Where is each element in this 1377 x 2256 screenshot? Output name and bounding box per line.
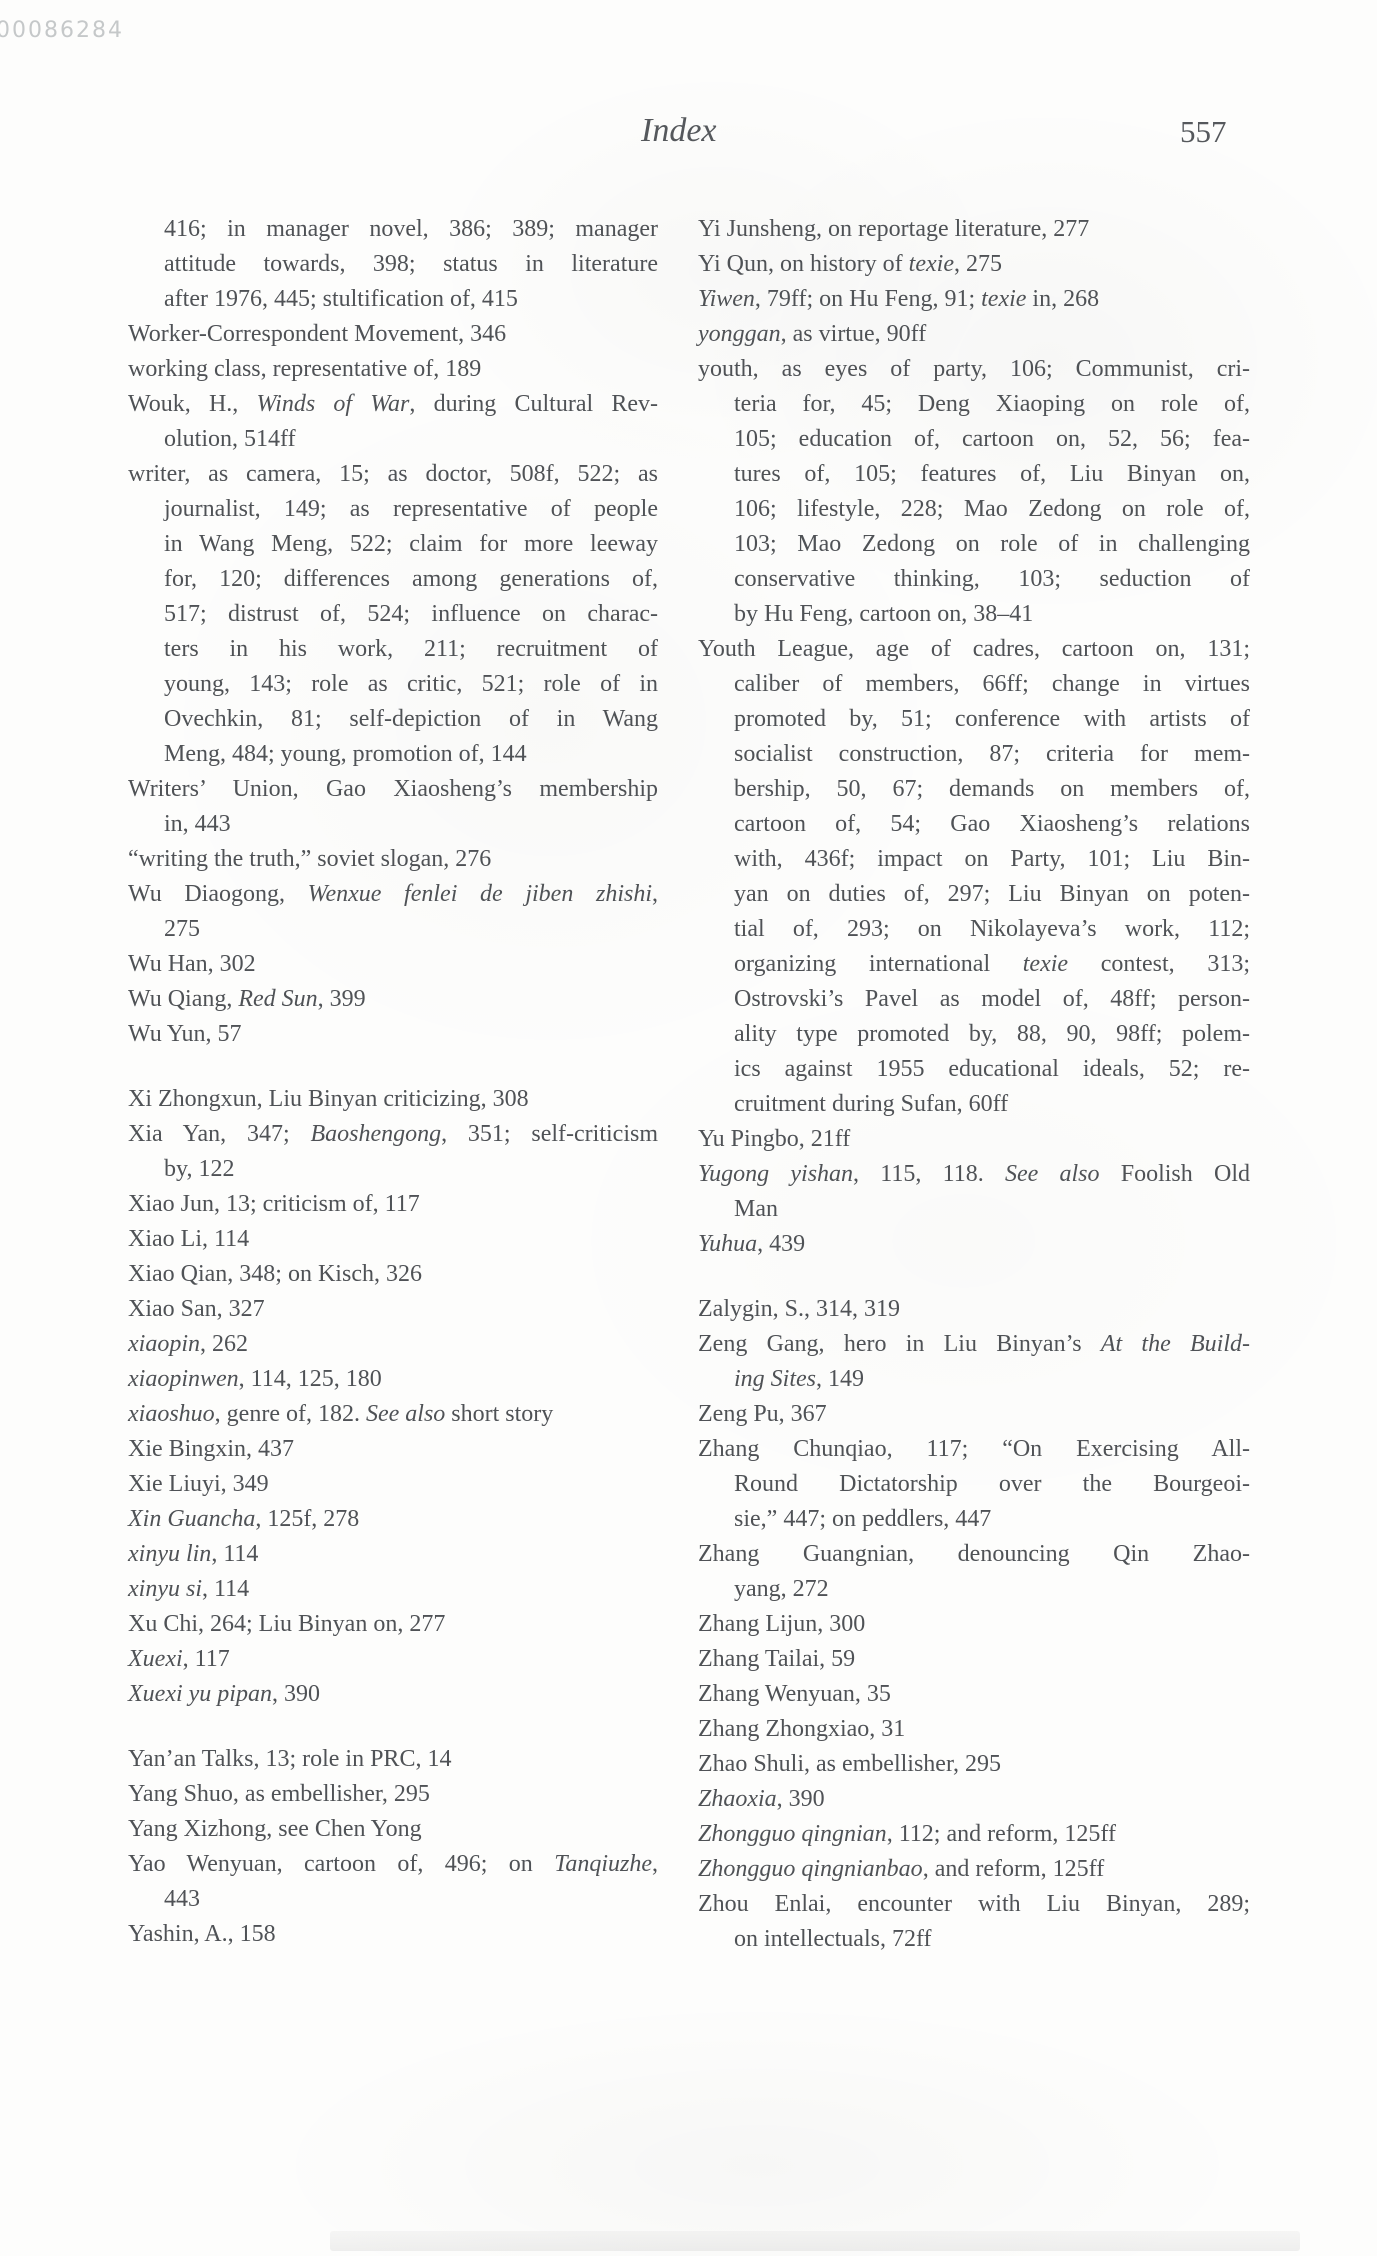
index-line: youth, as eyes of party, 106; Communist,… — [698, 352, 1250, 387]
index-line: Xiao San, 327 — [128, 1292, 658, 1327]
index-line: on intellectuals, 72ff — [698, 1922, 1250, 1957]
index-line: attitude towards, 398; status in literat… — [128, 247, 658, 282]
scanned-book-page: 00086284 Index 557 416; in manager novel… — [0, 0, 1377, 2256]
index-line: cruitment during Sufan, 60ff — [698, 1087, 1250, 1122]
index-line: Yi Junsheng, on reportage literature, 27… — [698, 212, 1250, 247]
index-line: Zhang Tailai, 59 — [698, 1642, 1250, 1677]
index-line: xiaoshuo, genre of, 182. See also short … — [128, 1397, 658, 1432]
index-line: Xiao Jun, 13; criticism of, 117 — [128, 1187, 658, 1222]
index-line: “writing the truth,” soviet slogan, 276 — [128, 842, 658, 877]
index-line: Zhou Enlai, encounter with Liu Binyan, 2… — [698, 1887, 1250, 1922]
index-line: yonggan, as virtue, 90ff — [698, 317, 1250, 352]
index-line: Wu Yun, 57 — [128, 1017, 658, 1052]
index-line: Writers’ Union, Gao Xiaosheng’s membersh… — [128, 772, 658, 807]
page-title: Index — [641, 112, 717, 150]
index-line: Zhaoxia, 390 — [698, 1782, 1250, 1817]
index-line: Yugong yishan, 115, 118. See also Foolis… — [698, 1157, 1250, 1192]
index-line: Zhongguo qingnian, 112; and reform, 125f… — [698, 1817, 1250, 1852]
scan-stamp-number: 00086284 — [0, 18, 124, 43]
index-line: Yashin, A., 158 — [128, 1917, 658, 1952]
index-line: by Hu Feng, cartoon on, 38–41 — [698, 597, 1250, 632]
index-line: xiaopinwen, 114, 125, 180 — [128, 1362, 658, 1397]
index-line: Round Dictatorship over the Bourgeoi- — [698, 1467, 1250, 1502]
index-line: Xi Zhongxun, Liu Binyan criticizing, 308 — [128, 1082, 658, 1117]
index-line: Xu Chi, 264; Liu Binyan on, 277 — [128, 1607, 658, 1642]
index-line: Yang Xizhong, see Chen Yong — [128, 1812, 658, 1847]
index-line: 275 — [128, 912, 658, 947]
index-line: in Wang Meng, 522; claim for more leeway — [128, 527, 658, 562]
index-line: yang, 272 — [698, 1572, 1250, 1607]
index-line: working class, representative of, 189 — [128, 352, 658, 387]
index-line: socialist construction, 87; criteria for… — [698, 737, 1250, 772]
index-line: Yang Shuo, as embellisher, 295 — [128, 1777, 658, 1812]
index-line: Wu Qiang, Red Sun, 399 — [128, 982, 658, 1017]
section-gap — [128, 1052, 658, 1082]
index-line: ics against 1955 educational ideals, 52;… — [698, 1052, 1250, 1087]
index-line: Zeng Pu, 367 — [698, 1397, 1250, 1432]
index-line: yan on duties of, 297; Liu Binyan on pot… — [698, 877, 1250, 912]
index-line: Xia Yan, 347; Baoshengong, 351; self-cri… — [128, 1117, 658, 1152]
index-line: organizing international texie contest, … — [698, 947, 1250, 982]
index-line: 105; education of, cartoon on, 52, 56; f… — [698, 422, 1250, 457]
index-line: journalist, 149; as representative of pe… — [128, 492, 658, 527]
index-line: Xie Bingxin, 437 — [128, 1432, 658, 1467]
index-line: Wu Han, 302 — [128, 947, 658, 982]
index-line: caliber of members, 66ff; change in virt… — [698, 667, 1250, 702]
index-line: Zeng Gang, hero in Liu Binyan’s At the B… — [698, 1327, 1250, 1362]
index-line: Xuexi, 117 — [128, 1642, 658, 1677]
index-line: by, 122 — [128, 1152, 658, 1187]
index-line: ing Sites, 149 — [698, 1362, 1250, 1397]
index-line: writer, as camera, 15; as doctor, 508f, … — [128, 457, 658, 492]
index-line: Yu Pingbo, 21ff — [698, 1122, 1250, 1157]
index-line: xinyu si, 114 — [128, 1572, 658, 1607]
index-line: promoted by, 51; conference with artists… — [698, 702, 1250, 737]
index-line: young, 143; role as critic, 521; role of… — [128, 667, 658, 702]
index-line: 443 — [128, 1882, 658, 1917]
index-line: Xuexi yu pipan, 390 — [128, 1677, 658, 1712]
index-line: Ovechkin, 81; self-depiction of in Wang — [128, 702, 658, 737]
index-line: sie,” 447; on peddlers, 447 — [698, 1502, 1250, 1537]
index-line: teria for, 45; Deng Xiaoping on role of, — [698, 387, 1250, 422]
index-line: 103; Mao Zedong on role of in challengin… — [698, 527, 1250, 562]
index-line: Worker-Correspondent Movement, 346 — [128, 317, 658, 352]
index-line: 517; distrust of, 524; influence on char… — [128, 597, 658, 632]
index-line: Yuhua, 439 — [698, 1227, 1250, 1262]
index-line: for, 120; differences among generations … — [128, 562, 658, 597]
index-line: olution, 514ff — [128, 422, 658, 457]
index-line: Zhao Shuli, as embellisher, 295 — [698, 1747, 1250, 1782]
index-line: Zhongguo qingnianbao, and reform, 125ff — [698, 1852, 1250, 1887]
index-line: Xiao Li, 114 — [128, 1222, 658, 1257]
index-line: tures of, 105; features of, Liu Binyan o… — [698, 457, 1250, 492]
index-line: ality type promoted by, 88, 90, 98ff; po… — [698, 1017, 1250, 1052]
index-line: ters in his work, 211; recruitment of — [128, 632, 658, 667]
index-line: bership, 50, 67; demands on members of, — [698, 772, 1250, 807]
index-line: Wouk, H., Winds of War, during Cultural … — [128, 387, 658, 422]
section-gap — [698, 1262, 1250, 1292]
index-line: 416; in manager novel, 386; 389; manager — [128, 212, 658, 247]
index-line: Zalygin, S., 314, 319 — [698, 1292, 1250, 1327]
index-line: Ostrovski’s Pavel as model of, 48ff; per… — [698, 982, 1250, 1017]
index-line: Yiwen, 79ff; on Hu Feng, 91; texie in, 2… — [698, 282, 1250, 317]
index-line: Yao Wenyuan, cartoon of, 496; on Tanqiuz… — [128, 1847, 658, 1882]
index-line: Youth League, age of cadres, cartoon on,… — [698, 632, 1250, 667]
index-line: Yan’an Talks, 13; role in PRC, 14 — [128, 1742, 658, 1777]
page-number: 557 — [1180, 114, 1227, 150]
index-line: tial of, 293; on Nikolayeva’s work, 112; — [698, 912, 1250, 947]
index-line: with, 436f; impact on Party, 101; Liu Bi… — [698, 842, 1250, 877]
index-line: in, 443 — [128, 807, 658, 842]
index-column-left: 416; in manager novel, 386; 389; manager… — [128, 212, 658, 1952]
index-line: Man — [698, 1192, 1250, 1227]
index-column-right: Yi Junsheng, on reportage literature, 27… — [698, 212, 1250, 1957]
section-gap — [128, 1712, 658, 1742]
index-line: xiaopin, 262 — [128, 1327, 658, 1362]
index-line: Zhang Guangnian, denouncing Qin Zhao- — [698, 1537, 1250, 1572]
index-line: Wu Diaogong, Wenxue fenlei de jiben zhis… — [128, 877, 658, 912]
index-line: after 1976, 445; stultification of, 415 — [128, 282, 658, 317]
index-line: Meng, 484; young, promotion of, 144 — [128, 737, 658, 772]
index-line: Xiao Qian, 348; on Kisch, 326 — [128, 1257, 658, 1292]
index-line: conservative thinking, 103; seduction of — [698, 562, 1250, 597]
index-line: Zhang Wenyuan, 35 — [698, 1677, 1250, 1712]
index-line: cartoon of, 54; Gao Xiaosheng’s relation… — [698, 807, 1250, 842]
index-line: Zhang Chunqiao, 117; “On Exercising All- — [698, 1432, 1250, 1467]
index-line: Yi Qun, on history of texie, 275 — [698, 247, 1250, 282]
index-line: Xin Guancha, 125f, 278 — [128, 1502, 658, 1537]
index-line: Xie Liuyi, 349 — [128, 1467, 658, 1502]
scan-artifact — [330, 2231, 1300, 2251]
index-line: 106; lifestyle, 228; Mao Zedong on role … — [698, 492, 1250, 527]
index-line: Zhang Lijun, 300 — [698, 1607, 1250, 1642]
index-line: xinyu lin, 114 — [128, 1537, 658, 1572]
index-line: Zhang Zhongxiao, 31 — [698, 1712, 1250, 1747]
